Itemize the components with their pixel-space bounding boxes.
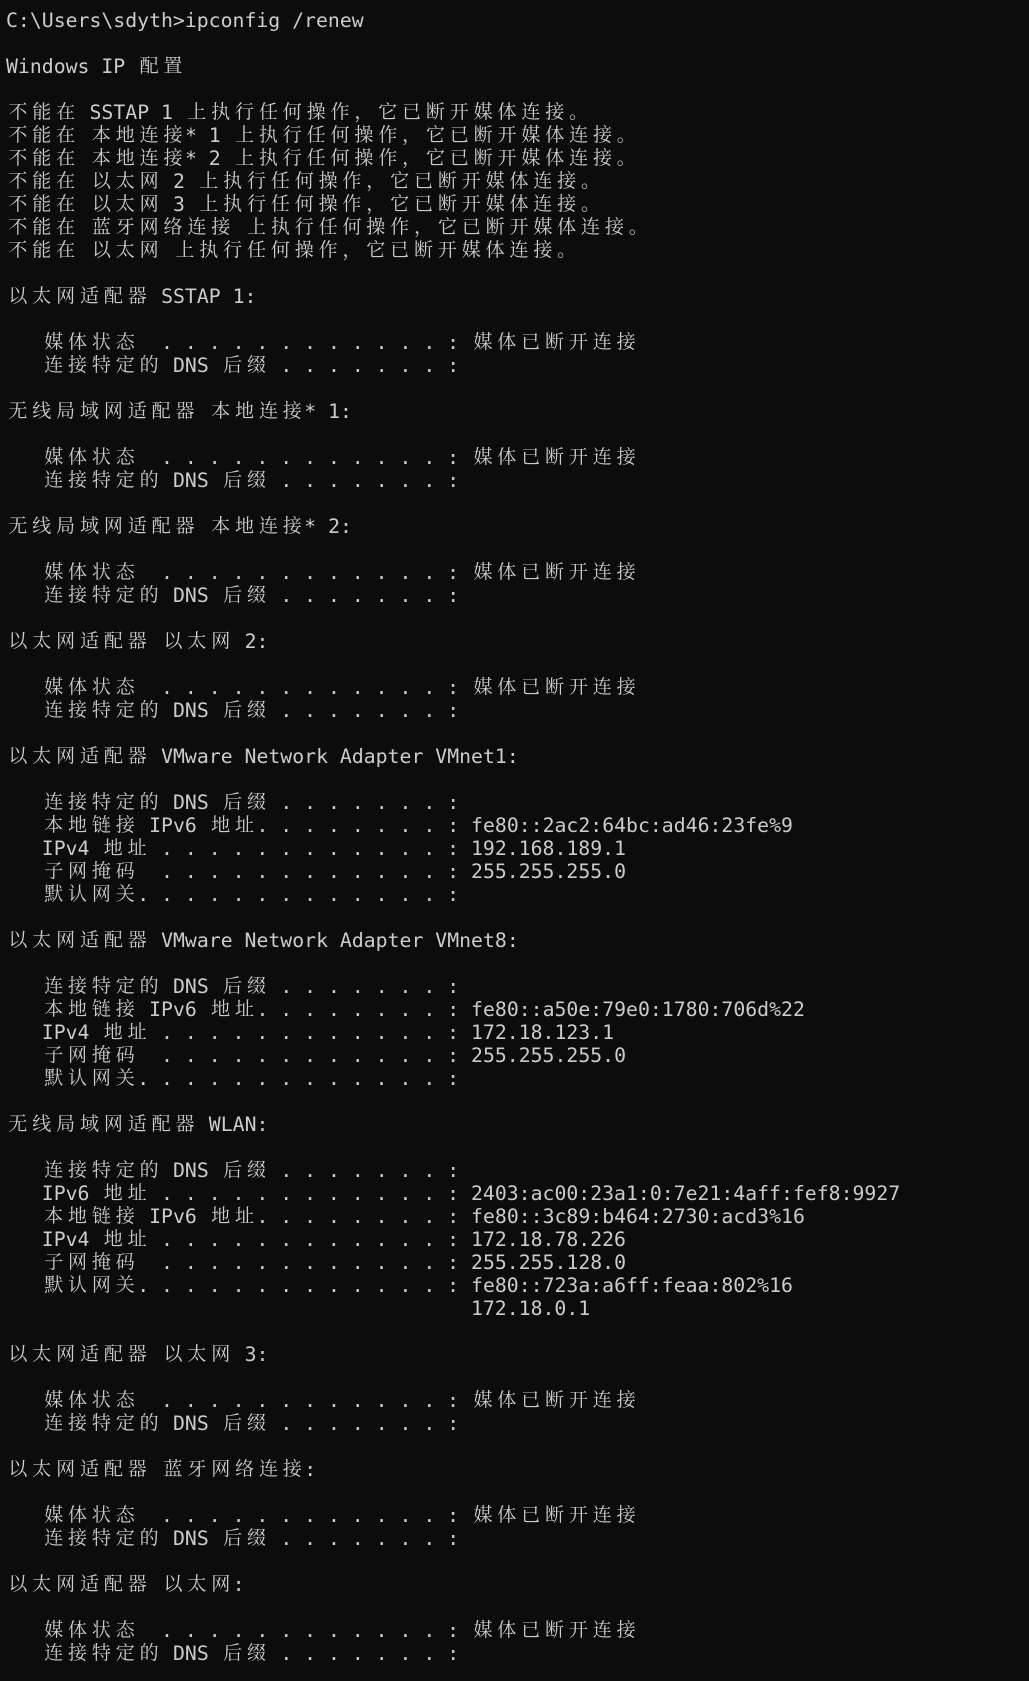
blank-line: [6, 32, 1029, 55]
blank-line: [6, 1435, 1029, 1458]
blank-line: [6, 423, 1029, 446]
blank-line: [6, 1596, 1029, 1619]
command-line: C:\Users\sdyth>ipconfig /renew: [6, 9, 1029, 32]
blank-line: [6, 768, 1029, 791]
blank-line: [6, 1090, 1029, 1113]
adapter-field: 连接特定的 DNS 后缀 . . . . . . . :: [6, 469, 1029, 492]
adapter-field: 子网掩码 . . . . . . . . . . . . : 255.255.2…: [6, 860, 1029, 883]
adapter-field: 媒体状态 . . . . . . . . . . . . : 媒体已断开连接: [6, 1504, 1029, 1527]
adapter-field: 连接特定的 DNS 后缀 . . . . . . . :: [6, 699, 1029, 722]
blank-line: [6, 653, 1029, 676]
adapter-field: 子网掩码 . . . . . . . . . . . . : 255.255.2…: [6, 1044, 1029, 1067]
adapter-field: 连接特定的 DNS 后缀 . . . . . . . :: [6, 791, 1029, 814]
blank-line: [6, 377, 1029, 400]
adapter-field: 本地链接 IPv6 地址. . . . . . . . : fe80::2ac2…: [6, 814, 1029, 837]
adapter-header: 无线局域网适配器 本地连接* 2:: [6, 515, 1029, 538]
adapter-field: IPv6 地址 . . . . . . . . . . . . : 2403:a…: [6, 1182, 1029, 1205]
adapter-field-continuation: 172.18.0.1: [6, 1297, 1029, 1320]
adapter-field: 连接特定的 DNS 后缀 . . . . . . . :: [6, 975, 1029, 998]
blank-line: [6, 492, 1029, 515]
adapter-header: 以太网适配器 以太网 3:: [6, 1343, 1029, 1366]
adapter-field: 连接特定的 DNS 后缀 . . . . . . . :: [6, 1159, 1029, 1182]
adapter-field: 默认网关. . . . . . . . . . . . . :: [6, 1067, 1029, 1090]
blank-line: [6, 1550, 1029, 1573]
adapter-field: 连接特定的 DNS 后缀 . . . . . . . :: [6, 584, 1029, 607]
adapter-header: 无线局域网适配器 本地连接* 1:: [6, 400, 1029, 423]
adapter-header: 以太网适配器 以太网 2:: [6, 630, 1029, 653]
blank-line: [6, 1366, 1029, 1389]
blank-line: [6, 78, 1029, 101]
blank-line: [6, 952, 1029, 975]
adapter-field: 媒体状态 . . . . . . . . . . . . : 媒体已断开连接: [6, 1389, 1029, 1412]
adapter-field: IPv4 地址 . . . . . . . . . . . . : 172.18…: [6, 1228, 1029, 1251]
blank-line: [6, 1136, 1029, 1159]
blank-line: [6, 607, 1029, 630]
adapter-field: 子网掩码 . . . . . . . . . . . . : 255.255.1…: [6, 1251, 1029, 1274]
adapter-field: 媒体状态 . . . . . . . . . . . . : 媒体已断开连接: [6, 446, 1029, 469]
adapter-field: IPv4 地址 . . . . . . . . . . . . : 172.18…: [6, 1021, 1029, 1044]
adapter-field: 媒体状态 . . . . . . . . . . . . : 媒体已断开连接: [6, 676, 1029, 699]
adapter-field: 本地链接 IPv6 地址. . . . . . . . : fe80::3c89…: [6, 1205, 1029, 1228]
adapter-header: 无线局域网适配器 WLAN:: [6, 1113, 1029, 1136]
adapter-header: 以太网适配器 以太网:: [6, 1573, 1029, 1596]
adapter-header: 以太网适配器 VMware Network Adapter VMnet8:: [6, 929, 1029, 952]
adapter-field: 连接特定的 DNS 后缀 . . . . . . . :: [6, 1527, 1029, 1550]
blank-line: [6, 538, 1029, 561]
blank-line: [6, 1320, 1029, 1343]
error-line: 不能在 以太网 3 上执行任何操作，它已断开媒体连接。: [6, 193, 1029, 216]
adapter-field: 媒体状态 . . . . . . . . . . . . : 媒体已断开连接: [6, 331, 1029, 354]
adapter-field: 媒体状态 . . . . . . . . . . . . : 媒体已断开连接: [6, 1619, 1029, 1642]
adapter-header: 以太网适配器 SSTAP 1:: [6, 285, 1029, 308]
blank-line: [6, 308, 1029, 331]
error-line: 不能在 SSTAP 1 上执行任何操作，它已断开媒体连接。: [6, 101, 1029, 124]
adapter-field: 连接特定的 DNS 后缀 . . . . . . . :: [6, 1642, 1029, 1665]
blank-line: [6, 1481, 1029, 1504]
output-title: Windows IP 配置: [6, 55, 1029, 78]
adapter-field: IPv4 地址 . . . . . . . . . . . . : 192.16…: [6, 837, 1029, 860]
blank-line: [6, 262, 1029, 285]
adapter-field: 连接特定的 DNS 后缀 . . . . . . . :: [6, 1412, 1029, 1435]
error-line: 不能在 以太网 2 上执行任何操作，它已断开媒体连接。: [6, 170, 1029, 193]
error-line: 不能在 蓝牙网络连接 上执行任何操作，它已断开媒体连接。: [6, 216, 1029, 239]
adapter-header: 以太网适配器 蓝牙网络连接:: [6, 1458, 1029, 1481]
blank-line: [6, 722, 1029, 745]
adapter-field: 连接特定的 DNS 后缀 . . . . . . . :: [6, 354, 1029, 377]
error-line: 不能在 本地连接* 1 上执行任何操作，它已断开媒体连接。: [6, 124, 1029, 147]
adapter-field: 媒体状态 . . . . . . . . . . . . : 媒体已断开连接: [6, 561, 1029, 584]
console-window[interactable]: C:\Users\sdyth>ipconfig /renew Windows I…: [0, 0, 1029, 1681]
adapter-header: 以太网适配器 VMware Network Adapter VMnet1:: [6, 745, 1029, 768]
adapter-field: 默认网关. . . . . . . . . . . . . :: [6, 883, 1029, 906]
adapter-field: 默认网关. . . . . . . . . . . . . : fe80::72…: [6, 1274, 1029, 1297]
blank-line: [6, 906, 1029, 929]
error-line: 不能在 本地连接* 2 上执行任何操作，它已断开媒体连接。: [6, 147, 1029, 170]
error-line: 不能在 以太网 上执行任何操作，它已断开媒体连接。: [6, 239, 1029, 262]
adapter-field: 本地链接 IPv6 地址. . . . . . . . : fe80::a50e…: [6, 998, 1029, 1021]
